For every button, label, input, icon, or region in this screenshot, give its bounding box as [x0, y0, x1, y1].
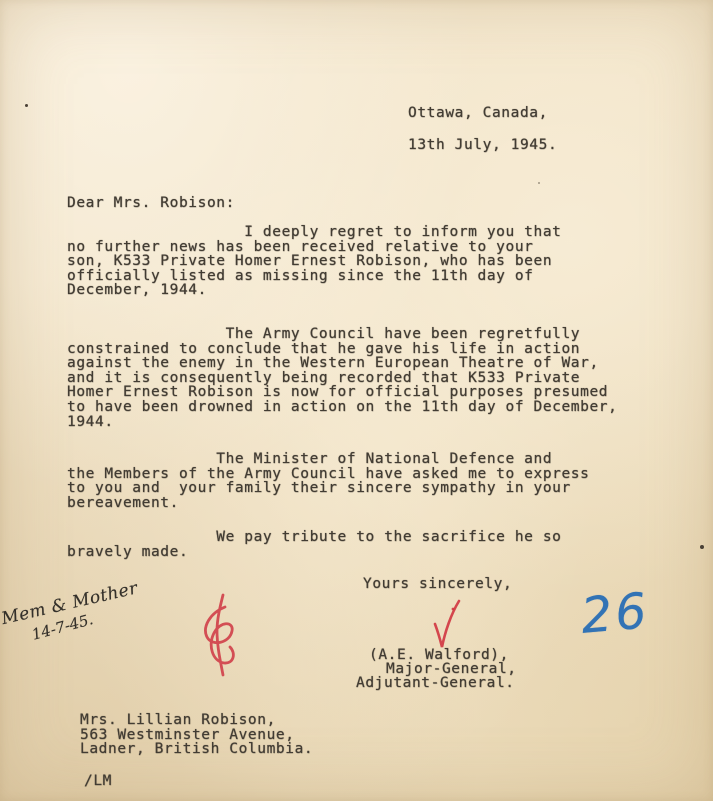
- letter-document: Ottawa, Canada, 13th July, 1945. Dear Mr…: [0, 0, 713, 801]
- salutation: Dear Mrs. Robison:: [67, 196, 235, 211]
- red-check-icon: [426, 596, 466, 652]
- paragraph-4: We pay tribute to the sacrifice he so br…: [67, 530, 561, 559]
- date-line: 13th July, 1945.: [408, 138, 557, 153]
- typist-initials: /LM: [84, 774, 112, 789]
- handwritten-note: Mem & Mother 14-7-45.: [0, 571, 174, 648]
- paper-speck: [538, 182, 540, 184]
- red-scribble-icon: [190, 591, 252, 681]
- signature-title: Adjutant-General.: [356, 676, 515, 691]
- paragraph-1: I deeply regret to inform you that no fu…: [67, 225, 561, 298]
- paragraph-2: The Army Council have been regretfully c…: [67, 327, 617, 429]
- paper-speck: [700, 545, 704, 549]
- closing: Yours sincerely,: [363, 577, 512, 592]
- recipient-address: Mrs. Lillian Robison, 563 Westminster Av…: [80, 713, 313, 757]
- paper-speck: [25, 104, 28, 107]
- blue-page-number: 26: [579, 582, 652, 645]
- paragraph-3: The Minister of National Defence and the…: [67, 452, 589, 510]
- place-line: Ottawa, Canada,: [408, 106, 548, 121]
